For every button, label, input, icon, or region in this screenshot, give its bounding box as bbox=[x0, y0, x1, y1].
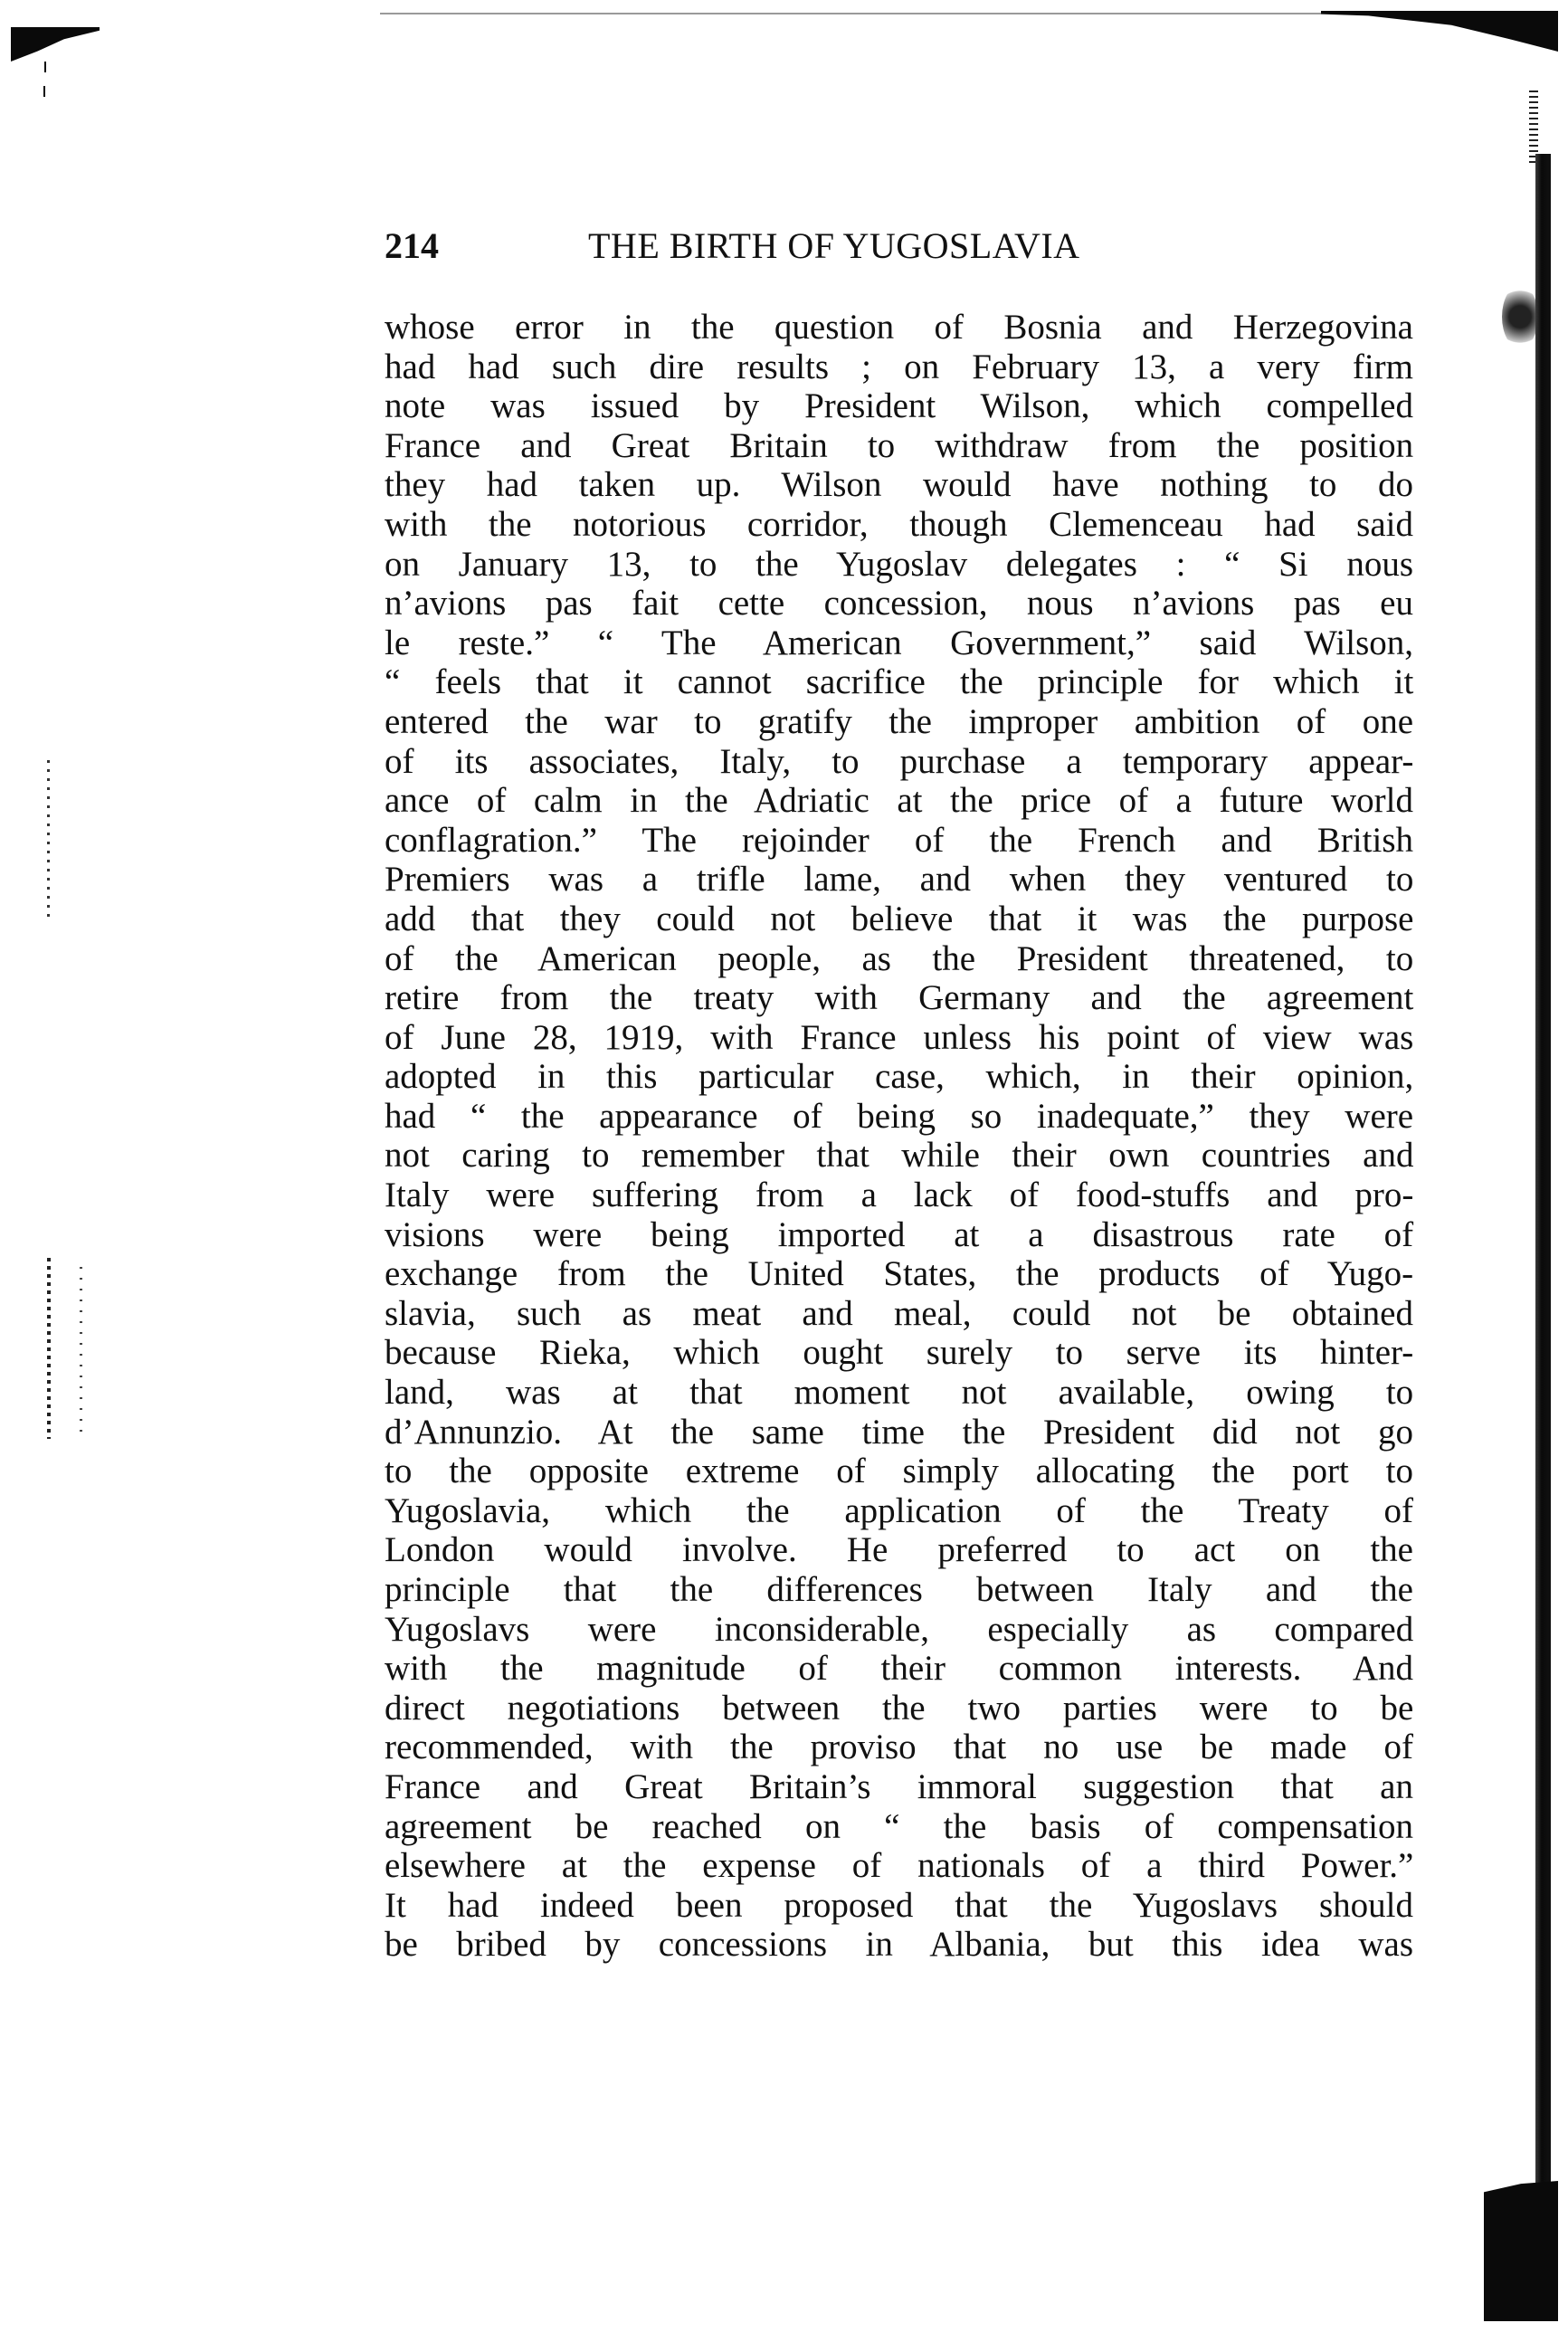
text-line: of the American people, as the President… bbox=[385, 939, 1413, 979]
text-line: direct negotiations between the two part… bbox=[385, 1689, 1413, 1728]
text-line: agreement be reached on “ the basis of c… bbox=[385, 1807, 1413, 1847]
scan-top-edge-line bbox=[380, 13, 1321, 14]
scan-mark bbox=[44, 62, 46, 72]
body-text: whose error in the question of Bosnia an… bbox=[385, 308, 1413, 1965]
scan-right-blob bbox=[1502, 285, 1538, 348]
text-line: add that they could not believe that it … bbox=[385, 900, 1413, 939]
text-line: land, was at that moment not available, … bbox=[385, 1373, 1413, 1413]
text-line: visions were being imported at a disastr… bbox=[385, 1215, 1413, 1255]
text-line: with the magnitude of their common inter… bbox=[385, 1649, 1413, 1689]
text-line: elsewhere at the expense of nationals of… bbox=[385, 1846, 1413, 1886]
scan-bottom-right-corner bbox=[1484, 2181, 1558, 2321]
text-line: “ feels that it cannot sacrifice the pri… bbox=[385, 662, 1413, 702]
text-line: le reste.” “ The American Government,” s… bbox=[385, 624, 1413, 663]
text-line: retire from the treaty with Germany and … bbox=[385, 978, 1413, 1018]
text-line: France and Great Britain to withdraw fro… bbox=[385, 426, 1413, 466]
text-line: whose error in the question of Bosnia an… bbox=[385, 308, 1413, 347]
text-line: adopted in this particular case, which, … bbox=[385, 1057, 1413, 1097]
text-line: had “ the appearance of being so inadequ… bbox=[385, 1097, 1413, 1137]
text-line: recommended, with the proviso that no us… bbox=[385, 1728, 1413, 1767]
text-line: entered the war to gratify the improper … bbox=[385, 702, 1413, 742]
text-line: with the notorious corridor, though Clem… bbox=[385, 505, 1413, 545]
running-head: 214 THE BIRTH OF YUGOSLAVIA bbox=[385, 226, 1413, 266]
text-line: ance of calm in the Adriatic at the pric… bbox=[385, 781, 1413, 821]
text-line: Italy were suffering from a lack of food… bbox=[385, 1176, 1413, 1215]
text-line: note was issued by President Wilson, whi… bbox=[385, 386, 1413, 426]
text-line: they had taken up. Wilson would have not… bbox=[385, 465, 1413, 505]
scan-margin-marks bbox=[80, 1267, 82, 1439]
text-line: France and Great Britain’s immoral sugge… bbox=[385, 1767, 1413, 1807]
scan-right-speckle bbox=[1529, 90, 1538, 163]
text-line: d’Annunzio. At the same time the Preside… bbox=[385, 1413, 1413, 1452]
text-line: of June 28, 1919, with France unless his… bbox=[385, 1018, 1413, 1058]
page-number: 214 bbox=[385, 226, 439, 266]
text-line: It had indeed been proposed that the Yug… bbox=[385, 1886, 1413, 1926]
text-line: exchange from the United States, the pro… bbox=[385, 1254, 1413, 1294]
text-line: principle that the differences between I… bbox=[385, 1570, 1413, 1610]
text-line: had had such dire results ; on February … bbox=[385, 347, 1413, 387]
text-line: be bribed by concessions in Albania, but… bbox=[385, 1925, 1413, 1965]
text-line: Yugoslavia, which the application of the… bbox=[385, 1491, 1413, 1531]
text-line: because Rieka, which ought surely to ser… bbox=[385, 1333, 1413, 1373]
text-line: to the opposite extreme of simply alloca… bbox=[385, 1452, 1413, 1491]
scan-top-left-corner bbox=[11, 27, 100, 62]
scan-margin-marks bbox=[47, 760, 50, 923]
scan-top-right-corner bbox=[1321, 11, 1558, 52]
text-line: slavia, such as meat and meal, could not… bbox=[385, 1294, 1413, 1334]
text-line: conflagration.” The rejoinder of the Fre… bbox=[385, 821, 1413, 861]
text-line: on January 13, to the Yugoslav delegates… bbox=[385, 545, 1413, 585]
scan-mark bbox=[43, 86, 45, 97]
running-title: THE BIRTH OF YUGOSLAVIA bbox=[588, 226, 1080, 266]
text-line: not caring to remember that while their … bbox=[385, 1136, 1413, 1176]
text-line: London would involve. He preferred to ac… bbox=[385, 1530, 1413, 1570]
text-line: n’avions pas fait cette concession, nous… bbox=[385, 584, 1413, 624]
scan-margin-marks bbox=[47, 1258, 51, 1439]
text-line: Premiers was a trifle lame, and when the… bbox=[385, 860, 1413, 900]
text-line: Yugoslavs were inconsiderable, especiall… bbox=[385, 1610, 1413, 1650]
scan-right-edge-strip bbox=[1535, 154, 1551, 2199]
text-line: of its associates, Italy, to purchase a … bbox=[385, 742, 1413, 782]
